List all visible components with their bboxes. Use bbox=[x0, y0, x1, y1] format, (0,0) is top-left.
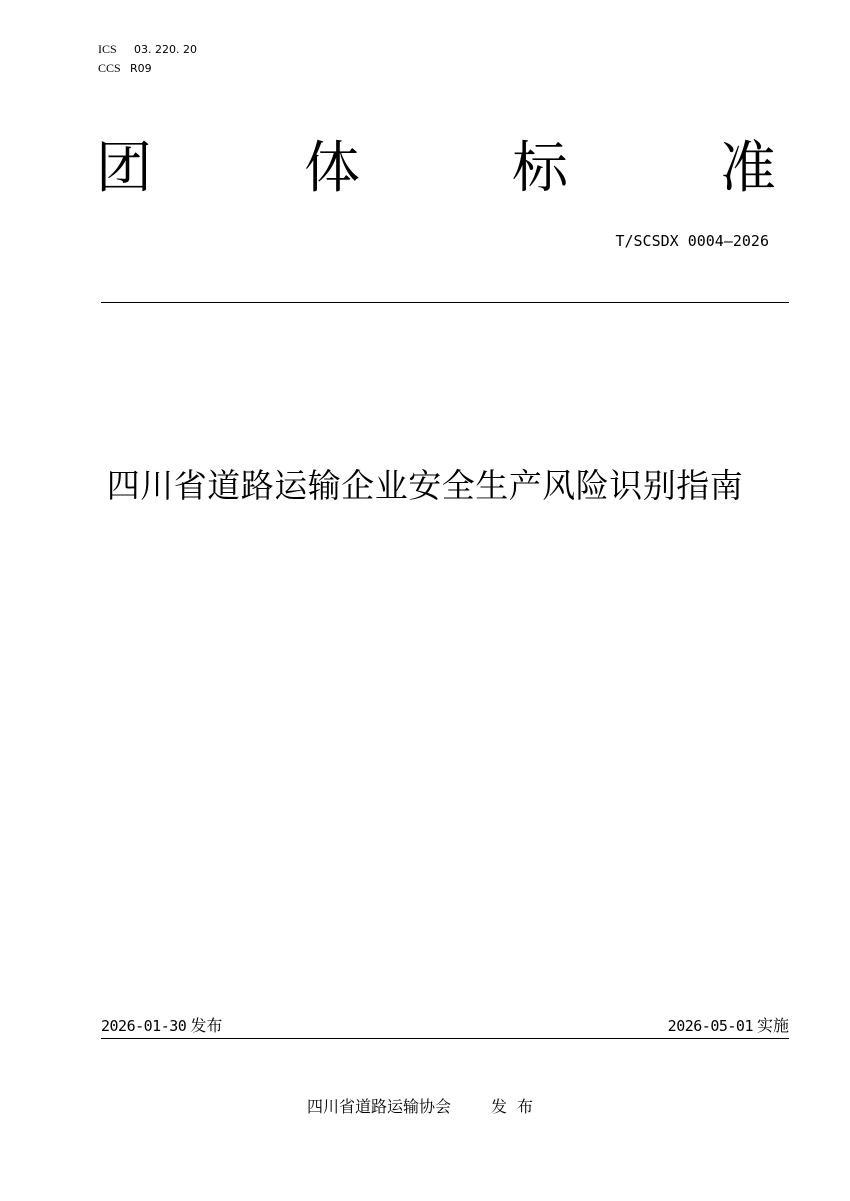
document-title: 四川省道路运输企业安全生产风险识别指南 bbox=[0, 464, 850, 508]
footer-divider bbox=[101, 1038, 789, 1039]
ccs-classification: CCSR09 bbox=[98, 61, 152, 76]
publish-date-value: 2026-01-30 bbox=[101, 1017, 186, 1035]
publish-date-label: 发布 bbox=[190, 1016, 222, 1035]
standard-type-char: 标 bbox=[512, 136, 568, 202]
effective-date: 2026-05-01实施 bbox=[668, 1016, 789, 1036]
ics-code: 03. 220. 20 bbox=[134, 43, 197, 57]
ics-classification: ICS03. 220. 20 bbox=[98, 42, 197, 57]
header-divider bbox=[101, 302, 789, 303]
publish-date: 2026-01-30发布 bbox=[101, 1016, 222, 1036]
ics-label: ICS bbox=[98, 42, 134, 56]
ccs-code: R09 bbox=[130, 62, 152, 76]
effective-date-value: 2026-05-01 bbox=[668, 1017, 753, 1035]
issuer-name: 四川省道路运输协会 bbox=[307, 1097, 451, 1116]
ccs-label: CCS bbox=[98, 61, 130, 75]
effective-date-label: 实施 bbox=[757, 1016, 789, 1035]
issuer-action: 发布 bbox=[491, 1097, 543, 1116]
standard-type-char: 体 bbox=[304, 136, 360, 202]
standard-type-char: 准 bbox=[720, 136, 776, 202]
standard-type-char: 团 bbox=[96, 136, 152, 202]
standard-number: T/SCSDX 0004—2026 bbox=[615, 232, 769, 250]
issuer-line: 四川省道路运输协会发布 bbox=[0, 1096, 850, 1118]
